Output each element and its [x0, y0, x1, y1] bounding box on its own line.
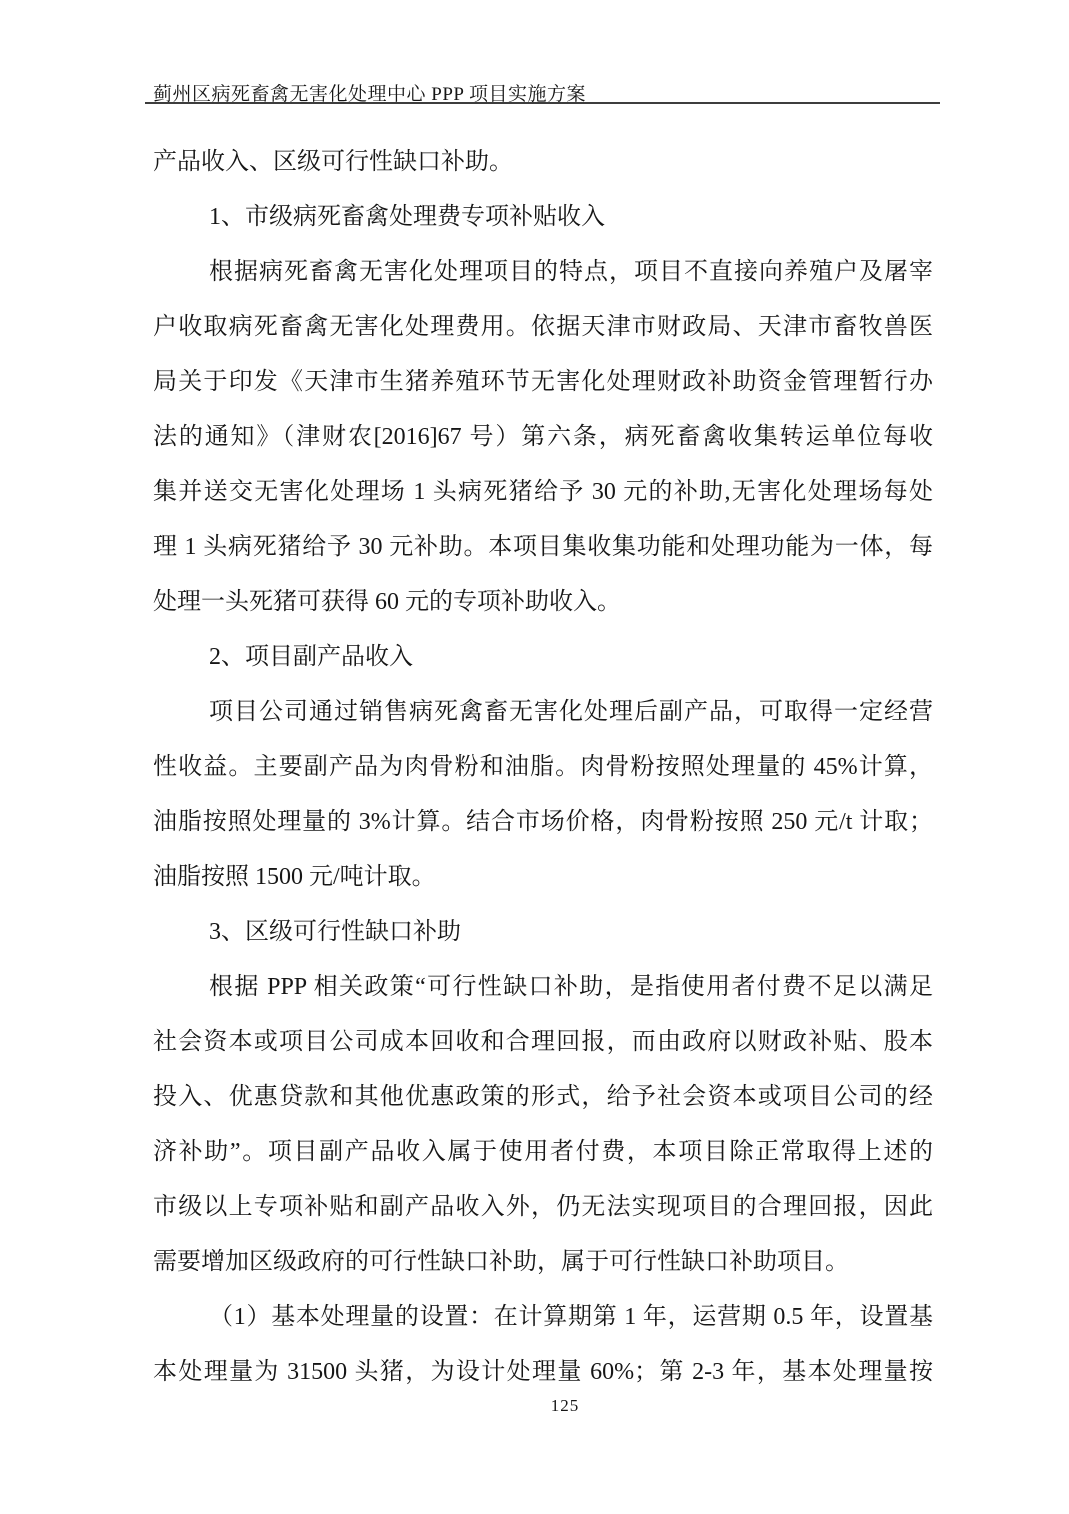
body-line: 法的通知》（津财农[2016]67 号）第六条，病死畜禽收集转运单位每收 — [153, 410, 933, 465]
body-line: 户收取病死畜禽无害化处理费用。依据天津市财政局、天津市畜牧兽医 — [153, 300, 933, 355]
body-line: （1）基本处理量的设置：在计算期第 1 年，运营期 0.5 年，设置基 — [153, 1290, 933, 1345]
body-line: 投入、优惠贷款和其他优惠政策的形式，给予社会资本或项目公司的经 — [153, 1070, 933, 1125]
body-line: 1、市级病死畜禽处理费专项补贴收入 — [153, 190, 933, 245]
body-line: 理 1 头病死猪给予 30 元补助。本项目集收集功能和处理功能为一体，每 — [153, 520, 933, 575]
body-line: 油脂按照 1500 元/吨计取。 — [153, 850, 933, 905]
body-line: 产品收入、区级可行性缺口补助。 — [153, 135, 933, 190]
body-line: 根据 PPP 相关政策“可行性缺口补助，是指使用者付费不足以满足 — [153, 960, 933, 1015]
body-line: 社会资本或项目公司成本回收和合理回报，而由政府以财政补贴、股本 — [153, 1015, 933, 1070]
header-rule — [145, 102, 940, 104]
document-body: 产品收入、区级可行性缺口补助。1、市级病死畜禽处理费专项补贴收入根据病死畜禽无害… — [153, 135, 933, 1400]
body-line: 集并送交无害化处理场 1 头病死猪给予 30 元的补助,无害化处理场每处 — [153, 465, 933, 520]
document-page: { "document": { "header": { "title": "蓟州… — [0, 0, 1069, 1514]
body-line: 根据病死畜禽无害化处理项目的特点，项目不直接向养殖户及屠宰 — [153, 245, 933, 300]
page-number: 125 — [153, 1396, 933, 1416]
body-line: 性收益。主要副产品为肉骨粉和油脂。肉骨粉按照处理量的 45%计算， — [153, 740, 933, 795]
body-line: 济补助”。项目副产品收入属于使用者付费，本项目除正常取得上述的 — [153, 1125, 933, 1180]
body-line: 3、区级可行性缺口补助 — [153, 905, 933, 960]
body-line: 本处理量为 31500 头猪，为设计处理量 60%；第 2-3 年，基本处理量按 — [153, 1345, 933, 1400]
body-line: 处理一头死猪可获得 60 元的专项补助收入。 — [153, 575, 933, 630]
body-line: 需要增加区级政府的可行性缺口补助，属于可行性缺口补助项目。 — [153, 1235, 933, 1290]
body-line: 市级以上专项补贴和副产品收入外，仍无法实现项目的合理回报，因此 — [153, 1180, 933, 1235]
body-line: 2、项目副产品收入 — [153, 630, 933, 685]
body-line: 项目公司通过销售病死禽畜无害化处理后副产品，可取得一定经营 — [153, 685, 933, 740]
body-line: 局关于印发《天津市生猪养殖环节无害化处理财政补助资金管理暂行办 — [153, 355, 933, 410]
body-line: 油脂按照处理量的 3%计算。结合市场价格，肉骨粉按照 250 元/t 计取； — [153, 795, 933, 850]
